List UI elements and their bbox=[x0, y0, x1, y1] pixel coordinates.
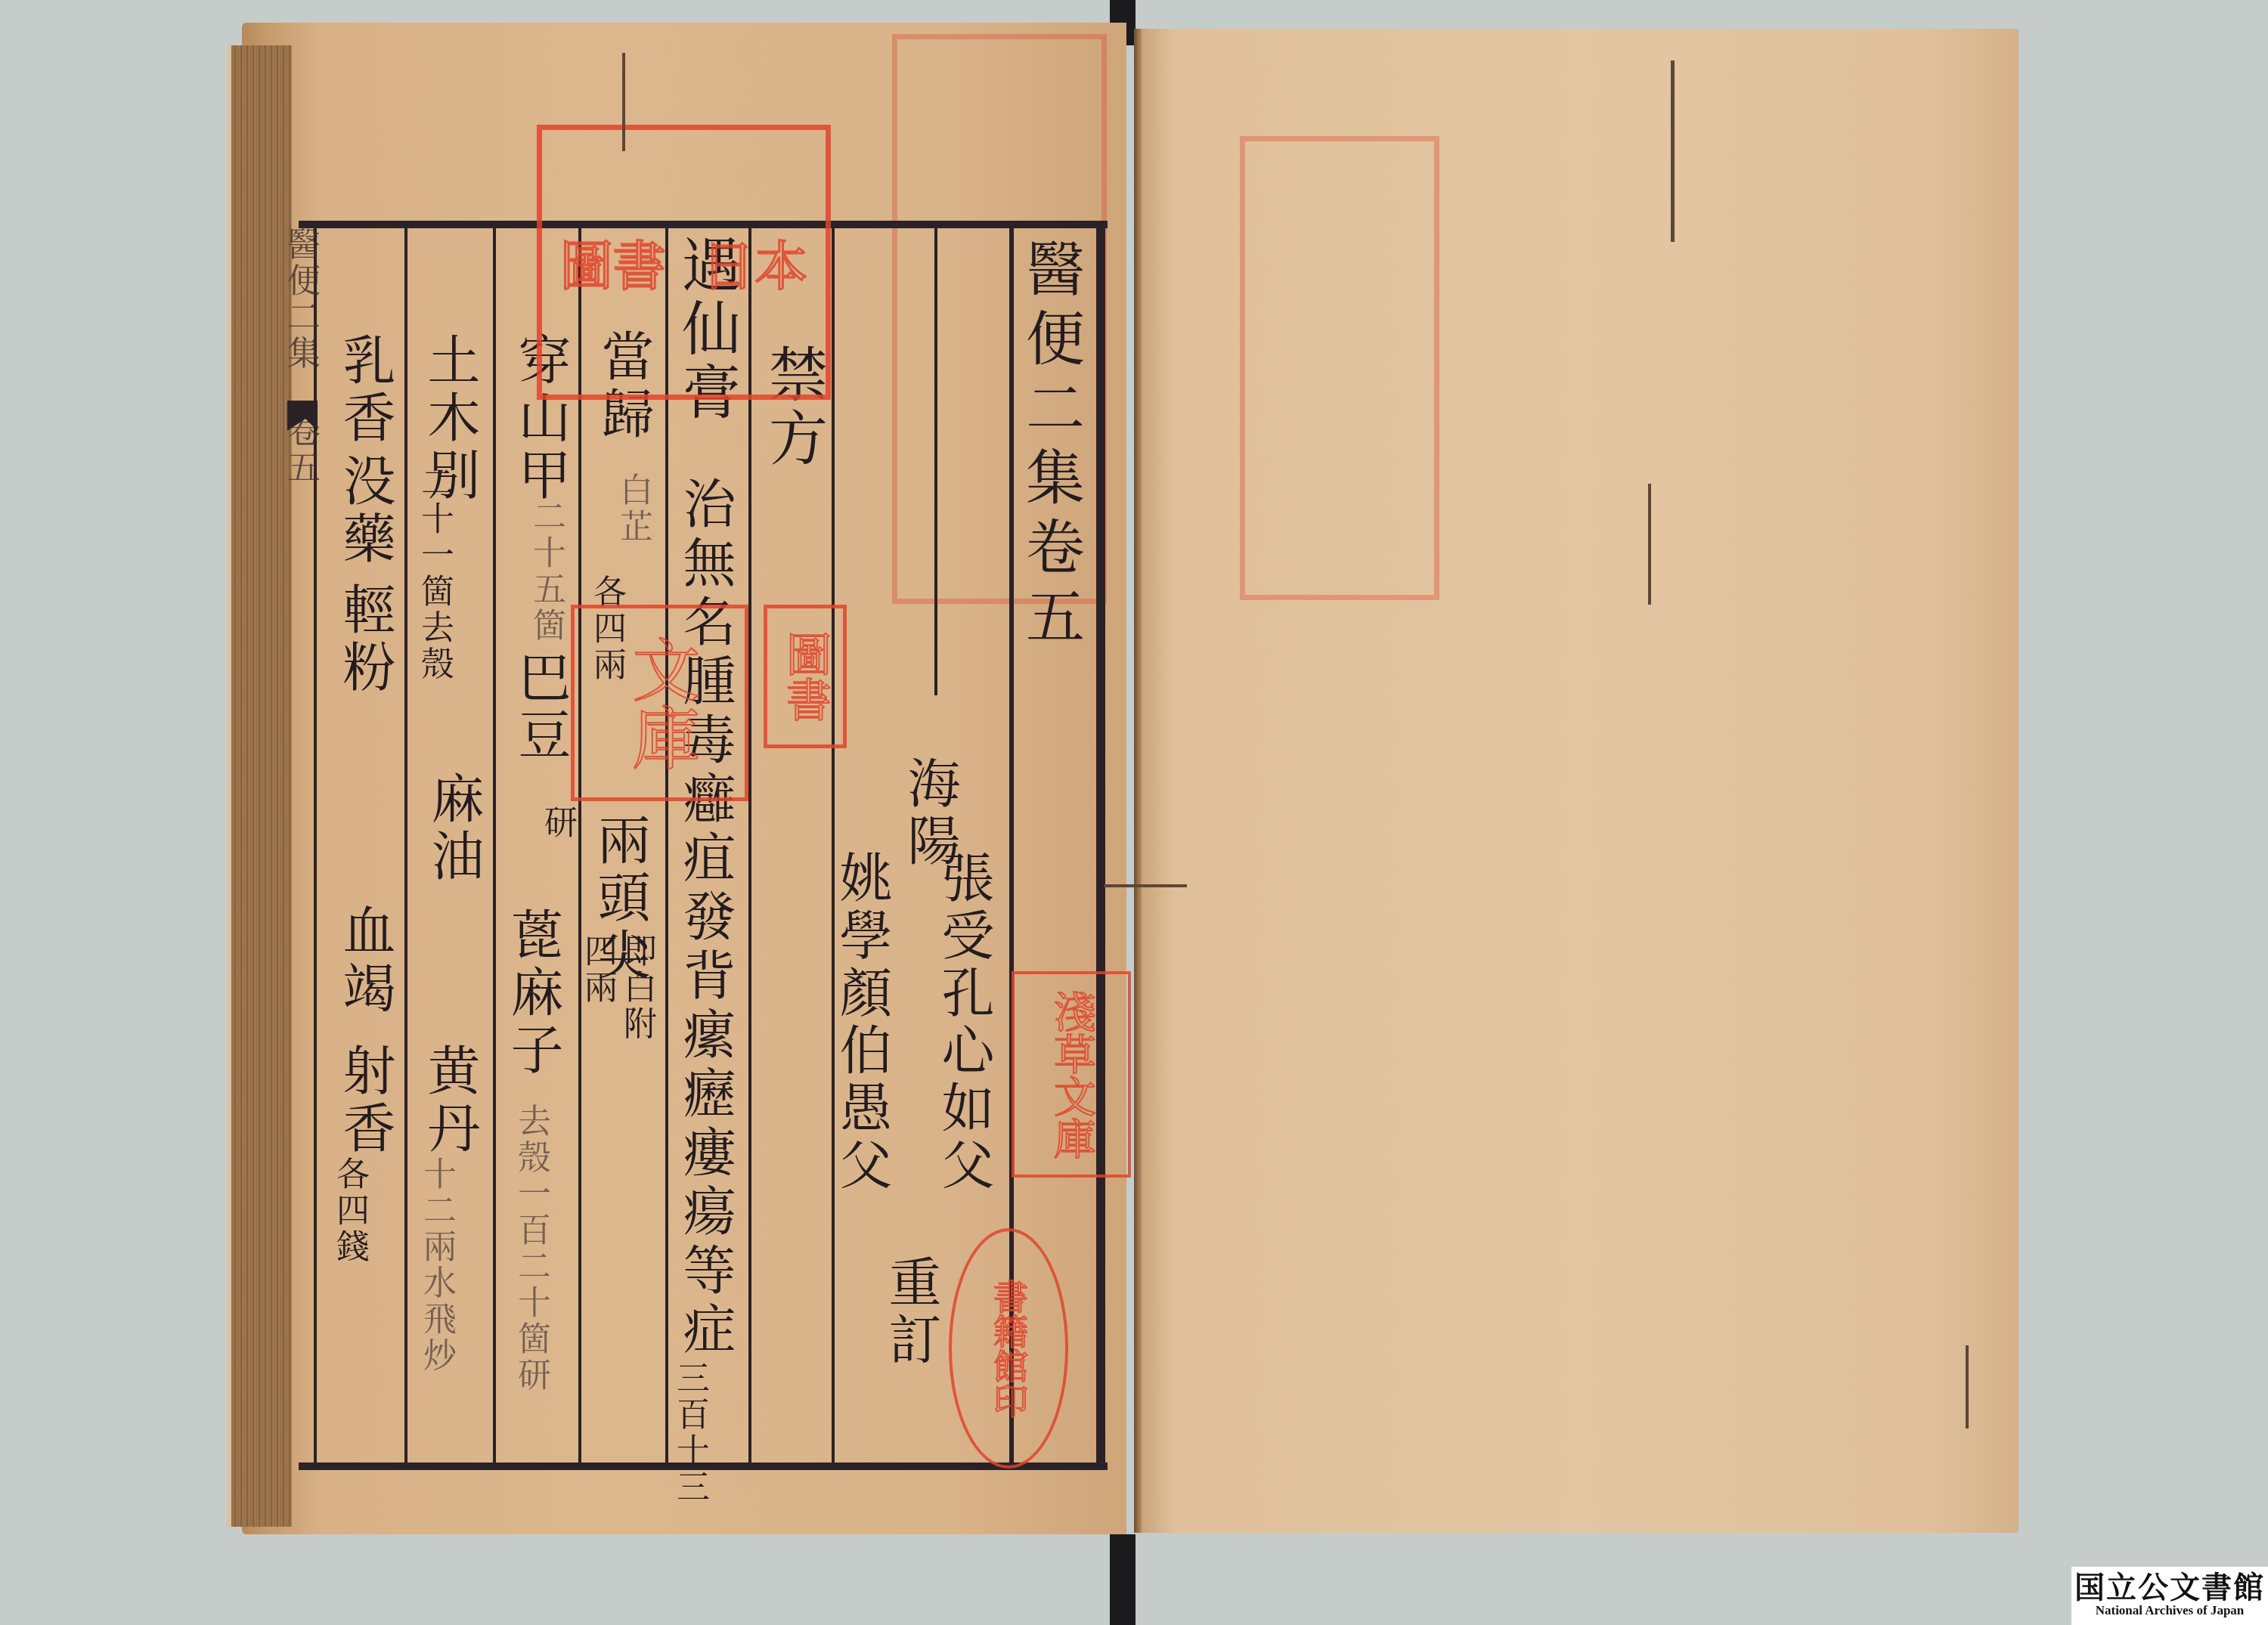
column-divider-4 bbox=[748, 227, 751, 1462]
ingredient-moyao: 没藥 bbox=[339, 453, 392, 568]
ingredient-xuejie: 血竭 bbox=[339, 903, 392, 1018]
ingredient-liangtoujian-note: 即白附 bbox=[620, 933, 653, 1042]
frame-right-border bbox=[1096, 221, 1105, 1468]
seal-nihon-seifu-tosho: 圖書 日本 bbox=[537, 125, 831, 400]
editor-action: 重訂 bbox=[885, 1255, 937, 1370]
editor-line-1: 張受孔心如父 bbox=[937, 850, 990, 1195]
paper-tear-center bbox=[1104, 884, 1187, 887]
paper-tear-right-bottom bbox=[1966, 1345, 1969, 1428]
column-divider-6 bbox=[578, 227, 581, 1462]
seal-char: 圖書 bbox=[773, 631, 838, 722]
ingredient-huangdan: 黄丹 bbox=[423, 1043, 476, 1158]
ingredient-bimazi-note: 去殼一百二十箇研 bbox=[514, 1103, 547, 1394]
logo-title-jp: 国立公文書館 bbox=[2074, 1573, 2265, 1603]
ingredient-tumubie-note: 二十一箇去殼 bbox=[417, 465, 451, 682]
ingredient-chuanshanjia-note: 二十五箇 bbox=[529, 499, 562, 644]
seal-char: 日本 bbox=[684, 130, 826, 395]
column-divider-5 bbox=[665, 227, 668, 1462]
ingredient-liangtoujian-amount: 四兩 bbox=[581, 933, 614, 1006]
seal-tosho: 圖書 bbox=[764, 605, 847, 748]
ingredient-mayou: 麻油 bbox=[427, 771, 480, 886]
ingredient-shexiang-amount: 各四錢 bbox=[333, 1156, 366, 1265]
seal-shoseki-kan-oval: 書籍館印 bbox=[949, 1228, 1068, 1469]
editor-line-2: 姚學顏伯愚父 bbox=[835, 850, 888, 1195]
seal-right-page-show-through bbox=[1240, 136, 1439, 600]
ingredient-qingfen: 輕粉 bbox=[339, 582, 392, 697]
ingredient-huangdan-note: 十二兩水飛炒 bbox=[420, 1156, 453, 1374]
ingredient-bimazi: 蓖麻子 bbox=[507, 907, 559, 1079]
logo-title-en: National Archives of Japan bbox=[2096, 1603, 2245, 1618]
ingredient-shexiang: 射香 bbox=[339, 1043, 392, 1158]
seal-asakusa-square: 淺草文庫 bbox=[1012, 971, 1131, 1178]
ingredient-danggui-note: 白芷 bbox=[616, 472, 649, 545]
column-divider-3 bbox=[832, 227, 835, 1462]
seal-char: 書籍館印 bbox=[984, 1279, 1033, 1418]
national-archives-logo: 国立公文書館 National Archives of Japan bbox=[2071, 1567, 2268, 1625]
recipe-indication-note: 三百十三 bbox=[673, 1360, 706, 1506]
ingredient-badou-note: 研 bbox=[541, 805, 574, 841]
paper-crack-right-mid bbox=[1648, 484, 1651, 605]
column-divider-8 bbox=[404, 227, 407, 1462]
seal-char: 圖書 bbox=[542, 130, 684, 395]
ingredient-badou: 巴豆 bbox=[514, 650, 567, 765]
column-divider-2 bbox=[934, 227, 937, 695]
volume-title: 醫便二集卷五 bbox=[1021, 238, 1080, 661]
seal-char: 文庫 bbox=[611, 635, 709, 771]
paper-crack-left-top bbox=[622, 53, 625, 151]
center-fold bbox=[1134, 29, 1142, 1533]
book-spine-bottom bbox=[1110, 1534, 1136, 1625]
spine-margin-text: 醫便二集 卷五 bbox=[283, 227, 317, 486]
paper-crack-right-top bbox=[1671, 60, 1675, 242]
column-divider-7 bbox=[493, 227, 496, 1462]
seal-char: 淺草文庫 bbox=[1041, 990, 1101, 1159]
seal-bunko: 文庫 bbox=[571, 605, 748, 801]
ingredient-ruxiang: 乳香 bbox=[339, 333, 392, 447]
